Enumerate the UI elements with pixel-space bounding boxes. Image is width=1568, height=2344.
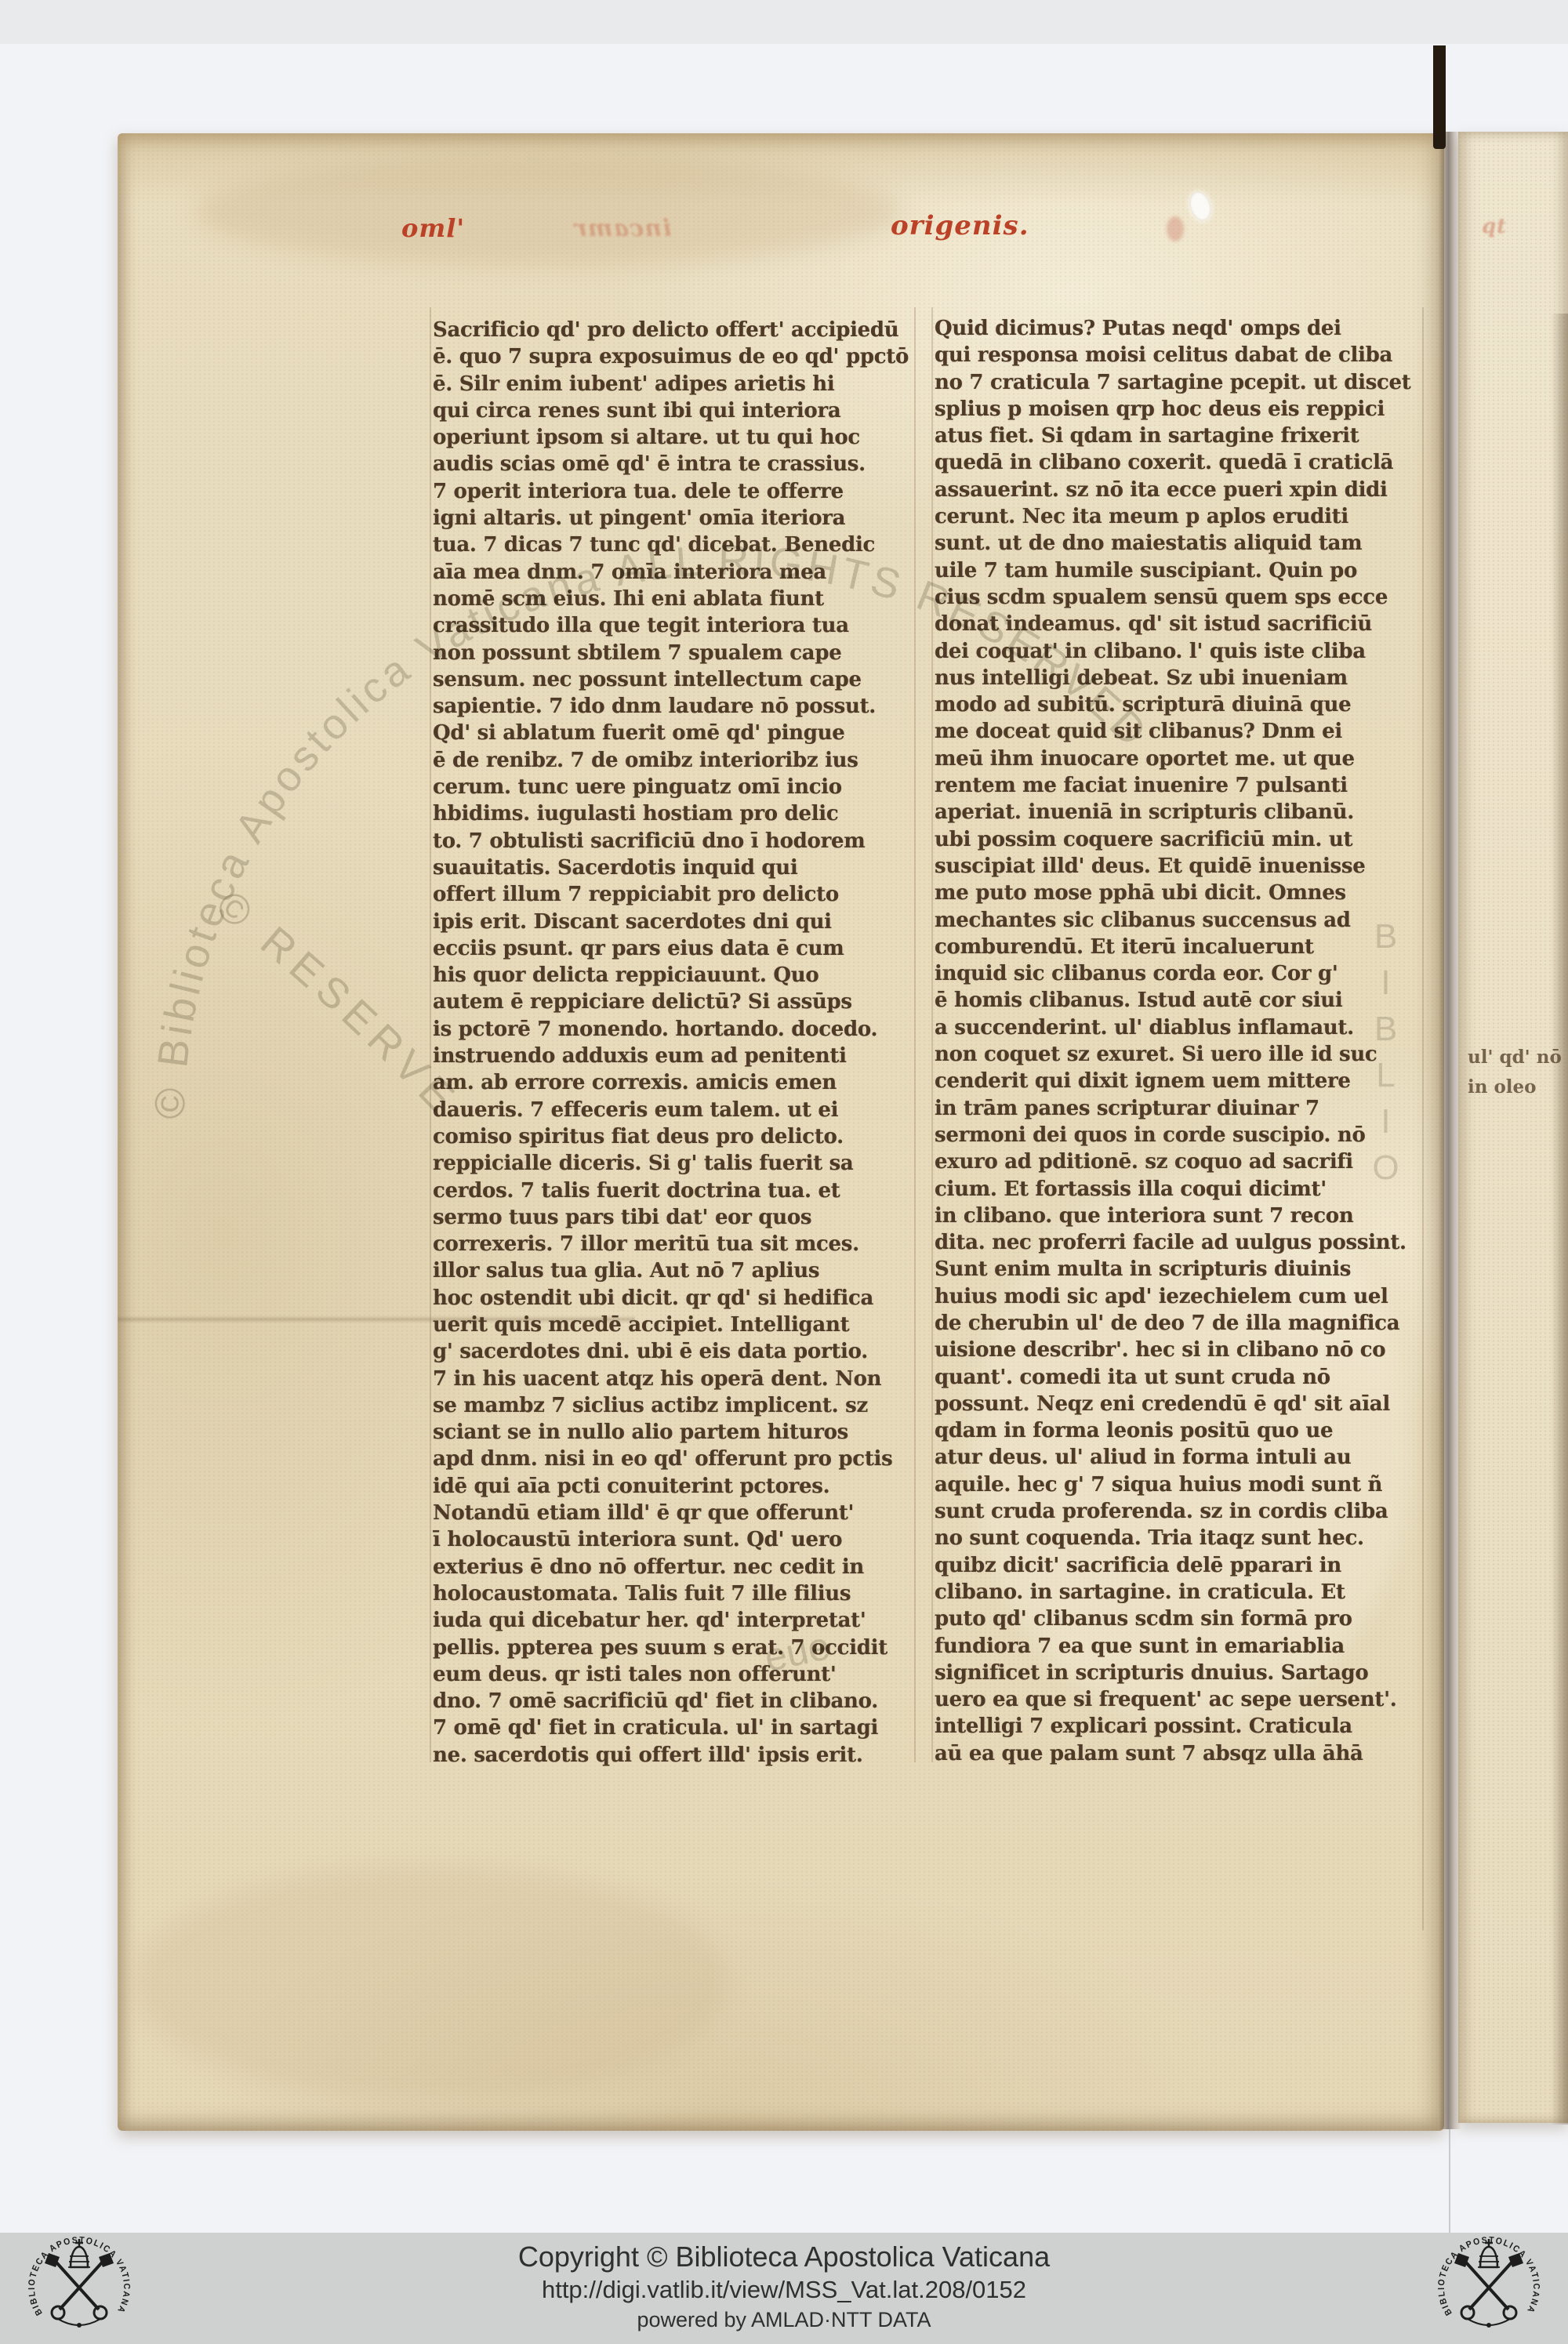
manuscript-text-line: atur deus. ul' aliud in forma intuli au: [935, 1444, 1424, 1471]
bookmark-ribbon: [1433, 45, 1446, 149]
manuscript-text-line: Sacrificio qd' pro delicto offert' accip…: [433, 317, 916, 343]
manuscript-text-line: crassitudo illa que tegit interiora tua: [433, 612, 916, 639]
facing-page-header-fragment: qt: [1482, 215, 1507, 238]
manuscript-text-line: clibano. in sartagine. in craticula. Et: [935, 1579, 1424, 1606]
manuscript-text-line: quant'. comedi ita ut sunt cruda nō: [935, 1364, 1424, 1391]
manuscript-text-line: cerdos. 7 talis fuerit doctrina tua. et: [433, 1177, 916, 1204]
manuscript-text-line: intelligi 7 explicari possint. Craticula: [935, 1713, 1424, 1740]
manuscript-text-line: no 7 craticula 7 sartagine pcepit. ut di…: [935, 369, 1424, 396]
parchment-stain: [133, 1866, 729, 2101]
manuscript-text-line: uisione describr'. hec si in clibano nō …: [935, 1337, 1424, 1363]
parchment-stain: [196, 157, 902, 267]
manuscript-text-line: qui circa renes sunt ibi qui interiora: [433, 397, 916, 424]
backdrop-seam: [1449, 2121, 1450, 2233]
manuscript-text-line: aū ea que palam sunt 7 absqz ulla āhā: [935, 1740, 1424, 1767]
manuscript-text-line: uerit quis mcedē accipiet. Intelligant: [433, 1312, 916, 1338]
manuscript-text-line: igni altaris. ut pingent' omīa iteriora: [433, 505, 916, 532]
manuscript-text-line: pellis. ppterea pes suum s erat. 7 occid…: [433, 1635, 916, 1661]
manuscript-text-line: exuro ad pditionē. sz coquo ad sacrifi: [935, 1148, 1424, 1175]
manuscript-text-line: hbidims. iugulasti hostiam pro delic: [433, 800, 916, 827]
footer-url: http://digi.vatlib.it/view/MSS_Vat.lat.2…: [0, 2276, 1568, 2304]
running-header-title: origenis.: [891, 210, 1029, 241]
manuscript-text-line: dno. 7 omē sacrificiū qd' fiet in cliban…: [433, 1688, 916, 1714]
manuscript-text-line: ē. quo 7 supra exposuimus de eo qd' ppct…: [433, 343, 916, 370]
manuscript-text-line: aīa mea dnm. 7 omīa interiora mea: [433, 559, 916, 586]
manuscript-text-line: reppicialle diceris. Si g' talis fuerit …: [433, 1150, 916, 1177]
manuscript-text-line: puto qd' clibanus scdm sin formā pro: [935, 1606, 1424, 1632]
manuscript-text-line: fundiora 7 ea que sunt in emariablia: [935, 1633, 1424, 1660]
manuscript-text-line: apd dnm. nisi in eo qd' offerunt pro pct…: [433, 1446, 916, 1472]
right-edge-shadow: [1551, 314, 1568, 2124]
manuscript-text-line: modo ad subitū. scripturā diuinā que: [935, 691, 1424, 718]
manuscript-text-line: Qd' si ablatum fuerit omē qd' pingue: [433, 720, 916, 746]
manuscript-text-line: qui responsa moisi celitus dabat de clib…: [935, 342, 1424, 368]
manuscript-text-line: cerum. tunc uere pinguatz omī incio: [433, 774, 916, 800]
ruling-line: [430, 307, 431, 1762]
manuscript-text-line: dita. nec proferri facile ad uulgus poss…: [935, 1229, 1424, 1256]
manuscript-text-line: possunt. Neqz eni credendū ē qd' sit aīa…: [935, 1391, 1424, 1417]
manuscript-text-line: illor salus tua glia. Aut nō 7 aplius: [433, 1257, 916, 1284]
manuscript-text-line: quibz dicit' sacrificia delē pparari in: [935, 1552, 1424, 1579]
manuscript-text-line: huius modi sic apd' iezechielem cum uel: [935, 1283, 1424, 1310]
marginal-note-line: in oleo: [1468, 1072, 1568, 1102]
manuscript-text-line: ipis erit. Discant sacerdotes dni qui: [433, 909, 916, 935]
manuscript-text-line: a succenderint. ul' diablus inflamaut.: [935, 1014, 1424, 1041]
manuscript-text-line: significet in scripturis dnuius. Sartago: [935, 1660, 1424, 1686]
manuscript-text-line: nomē scm eius. Ihi eni ablata fiunt: [433, 586, 916, 612]
manuscript-text-line: Notandū etiam illd' ē qr que offerunt': [433, 1500, 916, 1526]
manuscript-text-line: suauitatis. Sacerdotis inquid qui: [433, 855, 916, 881]
manuscript-text-line: sermo tuus pars tibi dat' eor quos: [433, 1204, 916, 1231]
manuscript-text-line: sunt. ut de dno maiestatis aliquid tam: [935, 530, 1424, 557]
manuscript-text-line: to. 7 obtulisti sacrificiū dno ī hodorem: [433, 828, 916, 855]
manuscript-text-line: dei coquat' in clibano. l' quis iste cli…: [935, 638, 1424, 665]
manuscript-text-line: ī holocaustū interiora sunt. Qd' uero: [433, 1526, 916, 1553]
manuscript-text-line: g' sacerdotes dni. ubi ē eis data portio…: [433, 1338, 916, 1365]
manuscript-text-line: sciant se in nullo alio partem hituros: [433, 1419, 916, 1446]
manuscript-text-line: sapientie. 7 ido dnm laudare nō possut.: [433, 693, 916, 720]
manuscript-text-line: ē. Silr enim iubent' adipes arietis hi: [433, 371, 916, 397]
manuscript-text-line: assauerint. sz nō ita ecce pueri xpin di…: [935, 477, 1424, 503]
manuscript-text-line: cerunt. Nec ita meum p aplos eruditi: [935, 503, 1424, 530]
marginal-note-line: ul' qd' nō fi: [1468, 1043, 1568, 1072]
manuscript-text-line: de cherubin ul' de deo 7 de illa magnifi…: [935, 1310, 1424, 1337]
red-ink-smudge: [1167, 216, 1184, 241]
manuscript-text-line: daueris. 7 effeceris eum talem. ut ei: [433, 1097, 916, 1123]
manuscript-text-line: tua. 7 dicas 7 tunc qd' dicebat. Benedic: [433, 532, 916, 558]
manuscript-text-line: Sunt enim multa in scripturis diuinis: [935, 1256, 1424, 1283]
manuscript-text-line: in clibano. que interiora sunt 7 recon: [935, 1203, 1424, 1229]
manuscript-text-line: idē qui aīa pcti conuiterint pctores.: [433, 1473, 916, 1500]
manuscript-text-line: cenderit qui dixit ignem uem mittere: [935, 1068, 1424, 1094]
manuscript-text-line: rentem me faciat inuenire 7 pulsanti: [935, 772, 1424, 799]
manuscript-text-line: nus intelligi debeat. Sz ubi inueniam: [935, 665, 1424, 691]
manuscript-text-line: ubi possim coquere sacrificiū min. ut: [935, 826, 1424, 853]
manuscript-text-line: exterius ē dno nō offertur. nec cedit in: [433, 1554, 916, 1580]
logo-circular-text: BIBLIOTECA APOSTOLICA VATICANA: [1437, 2236, 1541, 2317]
manuscript-text-line: operiunt ipsom si altare. ut tu qui hoc: [433, 424, 916, 451]
manuscript-text-line: uero ea que si frequent' ac sepe uersent…: [935, 1686, 1424, 1713]
manuscript-text-line: sensum. nec possunt intellectum cape: [433, 666, 916, 693]
vatican-library-logo-left: BIBLIOTECA APOSTOLICA VATICANA: [20, 2234, 138, 2344]
manuscript-text-line: non possunt sbtilem 7 spualem cape: [433, 640, 916, 666]
digitized-manuscript-viewer: oml' incamr origenis. qt Sacrificio qd' …: [0, 0, 1568, 2344]
manuscript-text-line: 7 operit interiora tua. dele te offerre: [433, 478, 916, 505]
manuscript-text-line: cius scdm spualem sensū quem sps ecce: [935, 584, 1424, 611]
footer-copyright: Copyright © Biblioteca Apostolica Vatica…: [0, 2241, 1568, 2273]
footer-powered-by: powered by AMLAD·NTT DATA: [0, 2308, 1568, 2332]
manuscript-text-line: correxeris. 7 illor meritū tua sit mces.: [433, 1231, 916, 1257]
manuscript-text-line: qdam in forma leonis positū quo ue: [935, 1417, 1424, 1444]
manuscript-text-line: uile 7 tam humile suscipiant. Quin po: [935, 557, 1424, 584]
marginal-note: ul' qd' nō fiin oleo: [1468, 1043, 1568, 1102]
manuscript-text-line: ecciis psunt. qr pars eius data ē cum: [433, 935, 916, 962]
manuscript-text-line: in trām panes scripturar diuinar 7: [935, 1095, 1424, 1122]
manuscript-text-line: mechantes sic clibanus succensus ad: [935, 907, 1424, 934]
manuscript-text-line: donat indeamus. qd' sit istud sacrificiū: [935, 611, 1424, 637]
ruling-line: [931, 307, 933, 1762]
manuscript-text-line: iuda qui dicebatur her. qd' interpretat': [433, 1607, 916, 1634]
manuscript-text-line: meū ihm inuocare oportet me. ut que: [935, 746, 1424, 772]
manuscript-text-line: cium. Et fortassis illa coqui dicimt': [935, 1176, 1424, 1203]
manuscript-text-line: splius p moisen qrp hoc deus eis reppici: [935, 396, 1424, 423]
manuscript-text-line: ne. sacerdotis qui offert illd' ipsis er…: [433, 1742, 916, 1769]
manuscript-text-line: non coquet sz exuret. Si uero ille id su…: [935, 1041, 1424, 1068]
manuscript-text-line: comburendū. Et iterū incaluerunt: [935, 934, 1424, 960]
manuscript-text-line: suscipiat illd' deus. Et quidē inuenisse: [935, 853, 1424, 880]
manuscript-text-line: comiso spiritus fiat deus pro delicto.: [433, 1123, 916, 1150]
book-gutter: [1438, 132, 1461, 2129]
manuscript-text-line: offert illum 7 reppiciabit pro delicto: [433, 881, 916, 908]
manuscript-text-line: holocaustomata. Talis fuit 7 ille filius: [433, 1580, 916, 1607]
manuscript-text-line: sermoni dei quos in corde suscipio. nō: [935, 1122, 1424, 1148]
running-header-left: oml': [401, 213, 465, 243]
svg-text:BIBLIOTECA APOSTOLICA VATICANA: BIBLIOTECA APOSTOLICA VATICANA: [27, 2236, 131, 2317]
manuscript-text-line: atus fiet. Si qdam in sartagine frixerit: [935, 423, 1424, 449]
manuscript-text-line: his quor delicta reppiciauunt. Quo: [433, 962, 916, 989]
manuscript-text-line: 7 in his uacent atqz his operā dent. Non: [433, 1366, 916, 1392]
text-column-right: Quid dicimus? Putas neqd' omps deiqui re…: [935, 315, 1424, 1767]
logo-circular-text: BIBLIOTECA APOSTOLICA VATICANA: [27, 2236, 131, 2317]
manuscript-text-line: eum deus. qr isti tales non offerunt': [433, 1661, 916, 1688]
svg-text:BIBLIOTECA APOSTOLICA VATICANA: BIBLIOTECA APOSTOLICA VATICANA: [1437, 2236, 1541, 2317]
manuscript-text-line: quedā in clibano coxerit. quedā ī cratic…: [935, 449, 1424, 476]
manuscript-text-line: hoc ostendit ubi dicit. qr qd' si hedifi…: [433, 1285, 916, 1312]
manuscript-text-line: Quid dicimus? Putas neqd' omps dei: [935, 315, 1424, 342]
manuscript-text-line: sunt cruda proferenda. sz in cordis clib…: [935, 1498, 1424, 1525]
offset-ink-stain: incamr: [574, 215, 671, 242]
manuscript-text-line: 7 omē qd' fiet in craticula. ul' in sart…: [433, 1714, 916, 1741]
text-column-left: Sacrificio qd' pro delicto offert' accip…: [433, 317, 916, 1769]
manuscript-text-line: autem ē reppiciare delictū? Si assūps: [433, 989, 916, 1015]
manuscript-text-line: inquid sic clibanus corda eor. Cor g': [935, 960, 1424, 987]
manuscript-text-line: is pctorē 7 monendo. hortando. docedo.: [433, 1016, 916, 1043]
manuscript-text-line: me doceat quid sit clibanus? Dnm ei: [935, 718, 1424, 745]
manuscript-text-line: me puto mose pphā ubi dicit. Omnes: [935, 880, 1424, 906]
top-gray-band: [0, 0, 1568, 44]
manuscript-text-line: se mambz 7 siclius actibz implicent. sz: [433, 1392, 916, 1419]
manuscript-text-line: aquile. hec g' 7 siqua huius modi sunt ñ: [935, 1471, 1424, 1498]
manuscript-text-line: ē de renibz. 7 de omibz interioribz ius: [433, 747, 916, 774]
manuscript-text-line: instruendo adduxis eum ad penitenti: [433, 1043, 916, 1069]
manuscript-text-line: no sunt coquenda. Tria itaqz sunt hec.: [935, 1525, 1424, 1551]
manuscript-text-line: ē homis clibanus. Istud autē cor siui: [935, 987, 1424, 1014]
manuscript-text-line: am. ab errore correxis. amicis emen: [433, 1069, 916, 1096]
manuscript-text-line: aperiat. inueniā in scripturis clibanū.: [935, 799, 1424, 825]
vatican-library-logo-right: BIBLIOTECA APOSTOLICA VATICANA: [1430, 2234, 1548, 2344]
manuscript-text-line: audis scias omē qd' ē intra te crassius.: [433, 451, 916, 477]
